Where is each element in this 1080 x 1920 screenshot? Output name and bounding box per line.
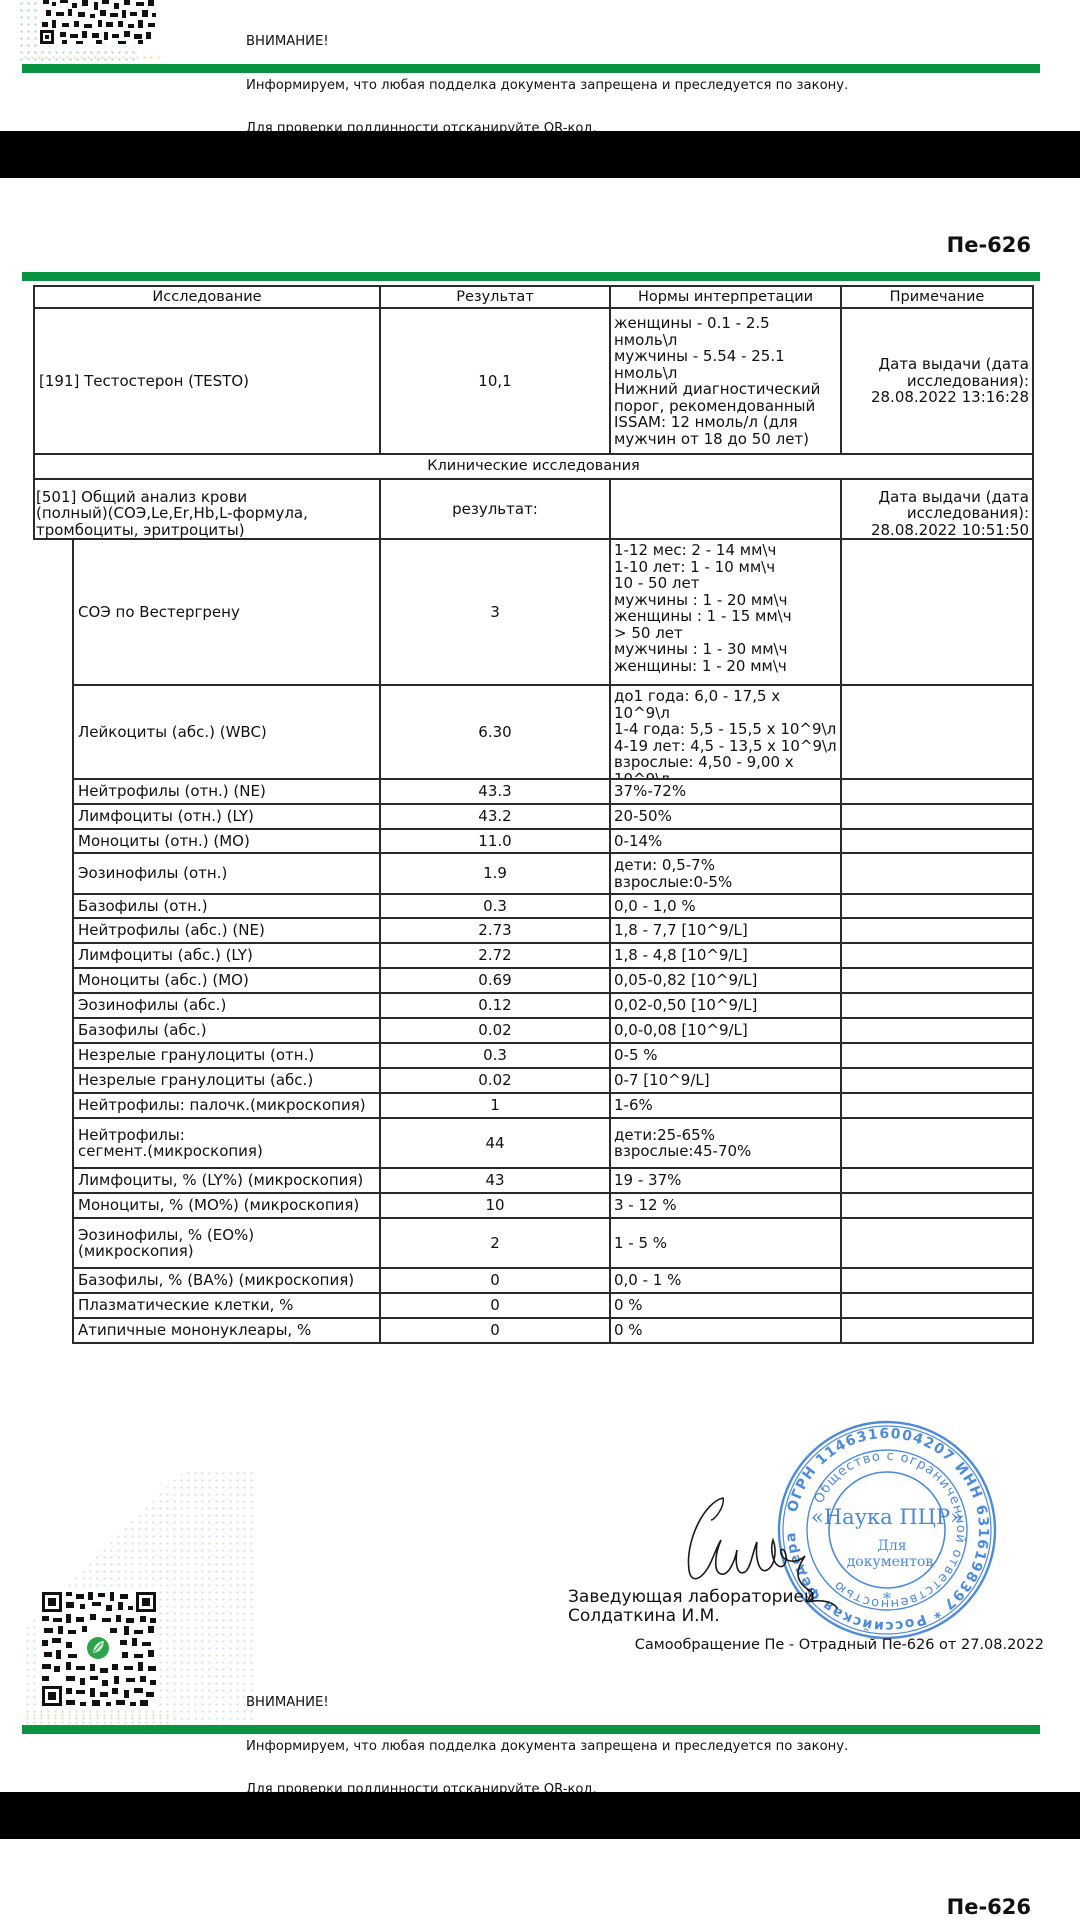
- row-norm-text: 1,8 - 4,8 [10^9/L]: [614, 947, 748, 964]
- table-border: [1032, 852, 1034, 895]
- row-note: [842, 1169, 1032, 1192]
- table-border: [1032, 1092, 1034, 1119]
- row-result: 11.0: [381, 830, 609, 852]
- row-result-text: 43: [485, 1172, 504, 1189]
- row-result-text: 0.3: [483, 1047, 507, 1064]
- table-border: [1032, 478, 1034, 540]
- row-name-text: Эозинофилы (отн.): [78, 865, 227, 882]
- signatory: Заведующая лабораторией Солдаткина И.М.: [568, 1588, 815, 1626]
- qr-code-icon: [40, 0, 158, 46]
- row-name-text: Эозинофилы, % (EO%) (микроскопия): [78, 1227, 254, 1260]
- cbc-name: [501] Общий анализ крови (полный)(СОЭ,Le…: [35, 480, 379, 538]
- table-border: [1032, 1042, 1034, 1069]
- row-norm: 0 %: [611, 1319, 840, 1342]
- row-norm: 0,0 - 1 %: [611, 1269, 840, 1292]
- row-norm: 0-14%: [611, 830, 840, 852]
- row-name: Базофилы, % (BA%) (микроскопия): [74, 1269, 379, 1292]
- row-result: 2: [381, 1219, 609, 1267]
- row-name: Плазматические клетки, %: [74, 1294, 379, 1317]
- header-result-text: Результат: [456, 289, 534, 306]
- row-name-text: Атипичные мононуклеары, %: [78, 1322, 311, 1339]
- header-note: Примечание: [842, 287, 1032, 307]
- row-name-text: Эозинофилы (абс.): [78, 997, 226, 1014]
- row-result-text: 2.73: [478, 922, 511, 939]
- row-norm: 20-50%: [611, 805, 840, 828]
- row-note: [842, 1119, 1032, 1167]
- row-result-text: 0: [490, 1322, 500, 1339]
- row-result-text: 3: [490, 604, 500, 621]
- green-divider: [22, 272, 1040, 281]
- row-note: [842, 1294, 1032, 1317]
- table-border: [1032, 1117, 1034, 1169]
- row-name-text: Нейтрофилы: сегмент.(микроскопия): [78, 1127, 263, 1160]
- row-norm: 0-5 %: [611, 1044, 840, 1067]
- row-note: [842, 780, 1032, 803]
- row-name: Моноциты (отн.) (MO): [74, 830, 379, 852]
- row-name-text: Базофилы (отн.): [78, 898, 208, 915]
- row-result: 43.3: [381, 780, 609, 803]
- row-name: Лимфоциты (отн.) (LY): [74, 805, 379, 828]
- row-result-text: 2: [490, 1235, 500, 1252]
- row-result: 3: [381, 540, 609, 684]
- row-result: 6.30: [381, 686, 609, 778]
- row-name: Нейтрофилы: палочк.(микроскопия): [74, 1094, 379, 1117]
- cbc-note: Дата выдачи (дата исследования): 28.08.2…: [842, 480, 1032, 538]
- row-norm-text: 1 - 5 %: [614, 1235, 667, 1252]
- row-note: [842, 686, 1032, 778]
- green-divider: [22, 1725, 1040, 1734]
- header-note-text: Примечание: [890, 289, 985, 306]
- row-result: 0.02: [381, 1069, 609, 1092]
- row-result-text: 0.69: [478, 972, 511, 989]
- row-note: [842, 830, 1032, 852]
- row-name-text: Лимфоциты, % (LY%) (микроскопия): [78, 1172, 363, 1189]
- row-result: 43.2: [381, 805, 609, 828]
- row-name: Нейтрофилы (абс.) (NE): [74, 919, 379, 942]
- row-note: [842, 919, 1032, 942]
- row-norm-text: 1-6%: [614, 1097, 653, 1114]
- row-name: Эозинофилы (отн.): [74, 854, 379, 893]
- cbc-result-text: результат:: [452, 501, 538, 518]
- row-norm: 1-12 мес: 2 - 14 мм\ч 1-10 лет: 1 - 10 м…: [611, 540, 840, 684]
- cbc-name-text: [501] Общий анализ крови (полный)(СОЭ,Le…: [36, 489, 308, 539]
- row-name-text: Моноциты (отн.) (MO): [78, 833, 250, 850]
- row-name: Нейтрофилы (отн.) (NE): [74, 780, 379, 803]
- row-norm: 0,0 - 1,0 %: [611, 895, 840, 917]
- row-note: [842, 1044, 1032, 1067]
- row-norm: 19 - 37%: [611, 1169, 840, 1192]
- qr-code: [40, 0, 158, 46]
- table-border: [1032, 917, 1034, 944]
- row-note: [842, 1319, 1032, 1342]
- table-border: [1032, 1217, 1034, 1269]
- row-note: [842, 1069, 1032, 1092]
- row-name: Эозинофилы (абс.): [74, 994, 379, 1017]
- row-name-text: Нейтрофилы: палочк.(микроскопия): [78, 1097, 366, 1114]
- row-norm: дети:25-65% взрослые:45-70%: [611, 1119, 840, 1167]
- warning-notice: ВНИМАНИЕ! Информируем, что любая подделк…: [246, 1667, 848, 1812]
- warning-line-1: Информируем, что любая подделка документ…: [246, 1740, 848, 1755]
- warning-title: ВНИМАНИЕ!: [246, 35, 848, 50]
- signatory-position: Заведующая лабораторией: [568, 1588, 815, 1607]
- row-result-text: 0.02: [478, 1072, 511, 1089]
- table-border: [1032, 1317, 1034, 1344]
- table-border: [1032, 828, 1034, 854]
- row-note: [842, 994, 1032, 1017]
- warning-notice-top: ВНИМАНИЕ! Информируем, что любая подделк…: [246, 6, 848, 151]
- row-norm-text: 0,05-0,82 [10^9/L]: [614, 972, 757, 989]
- table-border: [1032, 1017, 1034, 1044]
- row-name-text: Нейтрофилы (отн.) (NE): [78, 783, 266, 800]
- testosterone-result-text: 10,1: [478, 373, 511, 390]
- row-norm-text: 1,8 - 7,7 [10^9/L]: [614, 922, 748, 939]
- row-name-text: Моноциты (абс.) (MO): [78, 972, 249, 989]
- row-name: Атипичные мононуклеары, %: [74, 1319, 379, 1342]
- row-norm: до1 года: 6,0 - 17,5 x 10^9\л 1-4 года: …: [611, 686, 840, 778]
- row-norm: 0,0-0,08 [10^9/L]: [611, 1019, 840, 1042]
- testosterone-norm: женщины - 0.1 - 2.5 нмоль\л мужчины - 5.…: [611, 309, 840, 453]
- row-result-text: 1.9: [483, 865, 507, 882]
- row-name-text: Базофилы (абс.): [78, 1022, 207, 1039]
- row-norm-text: 0-5 %: [614, 1047, 658, 1064]
- row-norm-text: 1-12 мес: 2 - 14 мм\ч 1-10 лет: 1 - 10 м…: [614, 541, 792, 675]
- table-border: [1032, 1067, 1034, 1094]
- row-name-text: Незрелые гранулоциты (отн.): [78, 1047, 314, 1064]
- header-result: Результат: [381, 287, 609, 307]
- row-norm-text: 0,02-0,50 [10^9/L]: [614, 997, 757, 1014]
- row-norm-text: до1 года: 6,0 - 17,5 x 10^9\л 1-4 года: …: [614, 687, 837, 778]
- row-result: 2.72: [381, 944, 609, 967]
- row-result: 43: [381, 1169, 609, 1192]
- table-border: [1032, 803, 1034, 830]
- row-norm-text: 0,0 - 1 %: [614, 1272, 681, 1289]
- header-norms: Нормы интерпретации: [611, 287, 840, 307]
- row-note: [842, 1269, 1032, 1292]
- row-norm: 1,8 - 7,7 [10^9/L]: [611, 919, 840, 942]
- row-result-text: 44: [485, 1135, 504, 1152]
- row-note: [842, 895, 1032, 917]
- row-name: Незрелые гранулоциты (отн.): [74, 1044, 379, 1067]
- table-border: [1032, 453, 1034, 480]
- row-name: Базофилы (абс.): [74, 1019, 379, 1042]
- row-result-text: 11.0: [478, 833, 511, 850]
- row-norm-text: 19 - 37%: [614, 1172, 681, 1189]
- row-norm: дети: 0,5-7% взрослые:0-5%: [611, 854, 840, 893]
- table-border: [1032, 942, 1034, 969]
- table-border: [1032, 1192, 1034, 1219]
- testosterone-name-text: [191] Тестостерон (TESTO): [39, 373, 249, 390]
- warning-title: ВНИМАНИЕ!: [246, 1696, 848, 1711]
- row-name-text: Базофилы, % (BA%) (микроскопия): [78, 1272, 354, 1289]
- qr-code: [40, 1590, 158, 1708]
- row-norm-text: дети: 0,5-7% взрослые:0-5%: [614, 857, 732, 890]
- document-id: Пе-626: [947, 233, 1031, 257]
- row-name: Моноциты (абс.) (MO): [74, 969, 379, 992]
- row-norm: 1,8 - 4,8 [10^9/L]: [611, 944, 840, 967]
- row-result: 0.02: [381, 1019, 609, 1042]
- row-result: 44: [381, 1119, 609, 1167]
- table-border: [1032, 1167, 1034, 1194]
- row-result: 0: [381, 1294, 609, 1317]
- table-border: [1032, 538, 1034, 686]
- row-name-text: Незрелые гранулоциты (абс.): [78, 1072, 313, 1089]
- redaction-band: [0, 1792, 1080, 1839]
- row-result: 2.73: [381, 919, 609, 942]
- row-note: [842, 969, 1032, 992]
- table-border: [1032, 778, 1034, 805]
- row-name: Незрелые гранулоциты (абс.): [74, 1069, 379, 1092]
- table-border: [1032, 893, 1034, 919]
- table-border: [1032, 1292, 1034, 1319]
- testosterone-result: 10,1: [381, 309, 609, 453]
- header-study: Исследование: [35, 287, 379, 307]
- row-norm: 1 - 5 %: [611, 1219, 840, 1267]
- row-result-text: 2.72: [478, 947, 511, 964]
- row-note: [842, 944, 1032, 967]
- row-result: 0.12: [381, 994, 609, 1017]
- row-norm-text: дети:25-65% взрослые:45-70%: [614, 1127, 751, 1160]
- row-note: [842, 1219, 1032, 1267]
- row-result: 0: [381, 1269, 609, 1292]
- row-norm-text: 3 - 12 %: [614, 1197, 677, 1214]
- row-norm: 0-7 [10^9/L]: [611, 1069, 840, 1092]
- row-note: [842, 854, 1032, 893]
- row-result-text: 0.12: [478, 997, 511, 1014]
- testosterone-note-text: Дата выдачи (дата исследования): 28.08.2…: [871, 356, 1029, 406]
- svg-text:Для: Для: [877, 1538, 906, 1554]
- row-result: 0: [381, 1319, 609, 1342]
- row-result-text: 6.30: [478, 724, 511, 741]
- row-norm-text: 0-14%: [614, 833, 662, 850]
- table-border: [1032, 285, 1034, 455]
- row-name: Лимфоциты (абс.) (LY): [74, 944, 379, 967]
- row-norm-text: 0 %: [614, 1297, 643, 1314]
- table-border: [1032, 992, 1034, 1019]
- row-norm-text: 0-7 [10^9/L]: [614, 1072, 710, 1089]
- row-norm-text: 37%-72%: [614, 783, 686, 800]
- row-result-text: 43.3: [478, 783, 511, 800]
- row-result-text: 1: [490, 1097, 500, 1114]
- row-name: Лимфоциты, % (LY%) (микроскопия): [74, 1169, 379, 1192]
- qr-code-icon: [40, 1590, 158, 1708]
- signatory-name: Солдаткина И.М.: [568, 1607, 815, 1626]
- row-result-text: 10: [485, 1197, 504, 1214]
- row-result-text: 0: [490, 1272, 500, 1289]
- row-result: 1.9: [381, 854, 609, 893]
- row-name: Моноциты, % (MO%) (микроскопия): [74, 1194, 379, 1217]
- row-note: [842, 540, 1032, 684]
- testosterone-name: [191] Тестостерон (TESTO): [35, 309, 379, 453]
- row-name-text: Плазматические клетки, %: [78, 1297, 293, 1314]
- row-norm: 0 %: [611, 1294, 840, 1317]
- row-name: Лейкоциты (абс.) (WBC): [74, 686, 379, 778]
- row-name-text: Нейтрофилы (абс.) (NE): [78, 922, 265, 939]
- row-result: 0.3: [381, 1044, 609, 1067]
- row-norm: 0,02-0,50 [10^9/L]: [611, 994, 840, 1017]
- svg-text:*: *: [883, 1589, 891, 1608]
- cbc-note-text: Дата выдачи (дата исследования): 28.08.2…: [871, 489, 1029, 539]
- row-norm: 3 - 12 %: [611, 1194, 840, 1217]
- row-name-text: Моноциты, % (MO%) (микроскопия): [78, 1197, 359, 1214]
- document-id: Пе-626: [947, 1895, 1031, 1919]
- row-norm-text: 0,0-0,08 [10^9/L]: [614, 1022, 748, 1039]
- referral-reference: Самообращение Пе - Отрадный Пе-626 от 27…: [635, 1637, 1044, 1653]
- cbc-norm: [611, 480, 840, 538]
- warning-line-1: Информируем, что любая подделка документ…: [246, 79, 848, 94]
- row-name: СОЭ по Вестергрену: [74, 540, 379, 684]
- row-norm: 37%-72%: [611, 780, 840, 803]
- green-divider: [22, 64, 1040, 73]
- row-name-text: СОЭ по Вестергрену: [78, 604, 240, 621]
- table-border: [1032, 684, 1034, 780]
- row-norm-text: 0,0 - 1,0 %: [614, 898, 696, 915]
- decorative-dots: [22, 54, 162, 62]
- row-result: 0.69: [381, 969, 609, 992]
- testosterone-note: Дата выдачи (дата исследования): 28.08.2…: [842, 309, 1032, 453]
- cbc-result: результат:: [381, 480, 609, 538]
- testosterone-norm-text: женщины - 0.1 - 2.5 нмоль\л мужчины - 5.…: [614, 315, 820, 447]
- section-title: Клинические исследования: [35, 455, 1032, 478]
- row-note: [842, 805, 1032, 828]
- row-note: [842, 1094, 1032, 1117]
- row-name: Эозинофилы, % (EO%) (микроскопия): [74, 1219, 379, 1267]
- row-name-text: Лейкоциты (абс.) (WBC): [78, 724, 267, 741]
- row-name: Нейтрофилы: сегмент.(микроскопия): [74, 1119, 379, 1167]
- table-border: [1032, 967, 1034, 994]
- section-title-text: Клинические исследования: [427, 458, 640, 475]
- row-norm-text: 20-50%: [614, 808, 672, 825]
- row-norm-text: 0 %: [614, 1322, 643, 1339]
- row-note: [842, 1194, 1032, 1217]
- decorative-dots: [24, 1712, 174, 1724]
- header-norms-text: Нормы интерпретации: [638, 289, 813, 306]
- row-norm: 0,05-0,82 [10^9/L]: [611, 969, 840, 992]
- row-result-text: 0.3: [483, 898, 507, 915]
- table-border: [1032, 1267, 1034, 1294]
- row-result: 10: [381, 1194, 609, 1217]
- row-result-text: 43.2: [478, 808, 511, 825]
- row-note: [842, 1019, 1032, 1042]
- row-name-text: Лимфоциты (абс.) (LY): [78, 947, 253, 964]
- row-result-text: 0: [490, 1297, 500, 1314]
- row-result: 1: [381, 1094, 609, 1117]
- header-study-text: Исследование: [152, 289, 261, 306]
- row-name: Базофилы (отн.): [74, 895, 379, 917]
- table-border: [72, 1342, 1034, 1344]
- row-result: 0.3: [381, 895, 609, 917]
- row-norm: 1-6%: [611, 1094, 840, 1117]
- row-name-text: Лимфоциты (отн.) (LY): [78, 808, 254, 825]
- redaction-band: [0, 131, 1080, 178]
- row-result-text: 0.02: [478, 1022, 511, 1039]
